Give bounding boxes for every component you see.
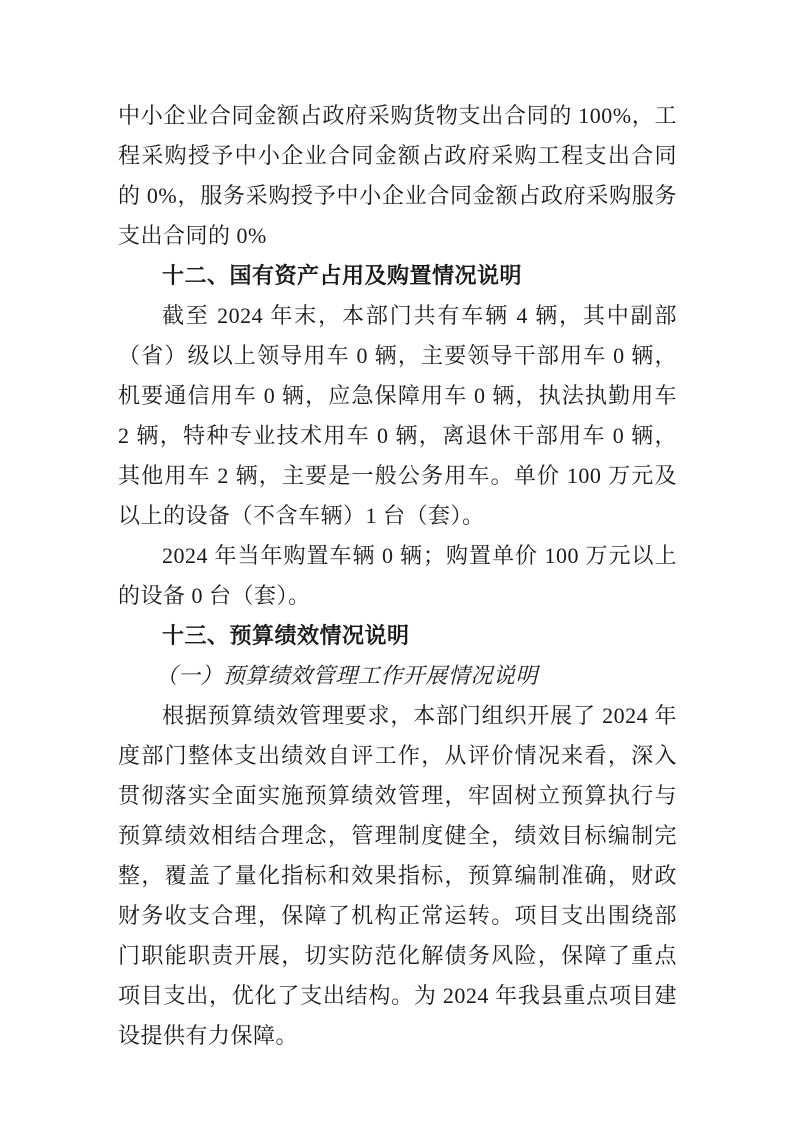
body-paragraph: 2024 年当年购置车辆 0 辆；购置单价 100 万元以上的设备 0 台（套）… — [118, 536, 677, 616]
document-page: 中小企业合同金额占政府采购货物支出合同的 100%，工程采购授予中小企业合同金额… — [0, 0, 793, 1122]
body-paragraph: 根据预算绩效管理要求，本部门组织开展了 2024 年度部门整体支出绩效自评工作，… — [118, 696, 677, 1056]
body-paragraph: 截至 2024 年末，本部门共有车辆 4 辆，其中副部（省）级以上领导用车 0 … — [118, 296, 677, 536]
sub-section-heading: （一）预算绩效管理工作开展情况说明 — [118, 656, 677, 696]
document-content: 中小企业合同金额占政府采购货物支出合同的 100%，工程采购授予中小企业合同金额… — [118, 96, 677, 1056]
section-heading: 十二、国有资产占用及购置情况说明 — [118, 256, 677, 296]
section-heading: 十三、预算绩效情况说明 — [118, 616, 677, 656]
body-paragraph: 中小企业合同金额占政府采购货物支出合同的 100%，工程采购授予中小企业合同金额… — [118, 96, 677, 256]
